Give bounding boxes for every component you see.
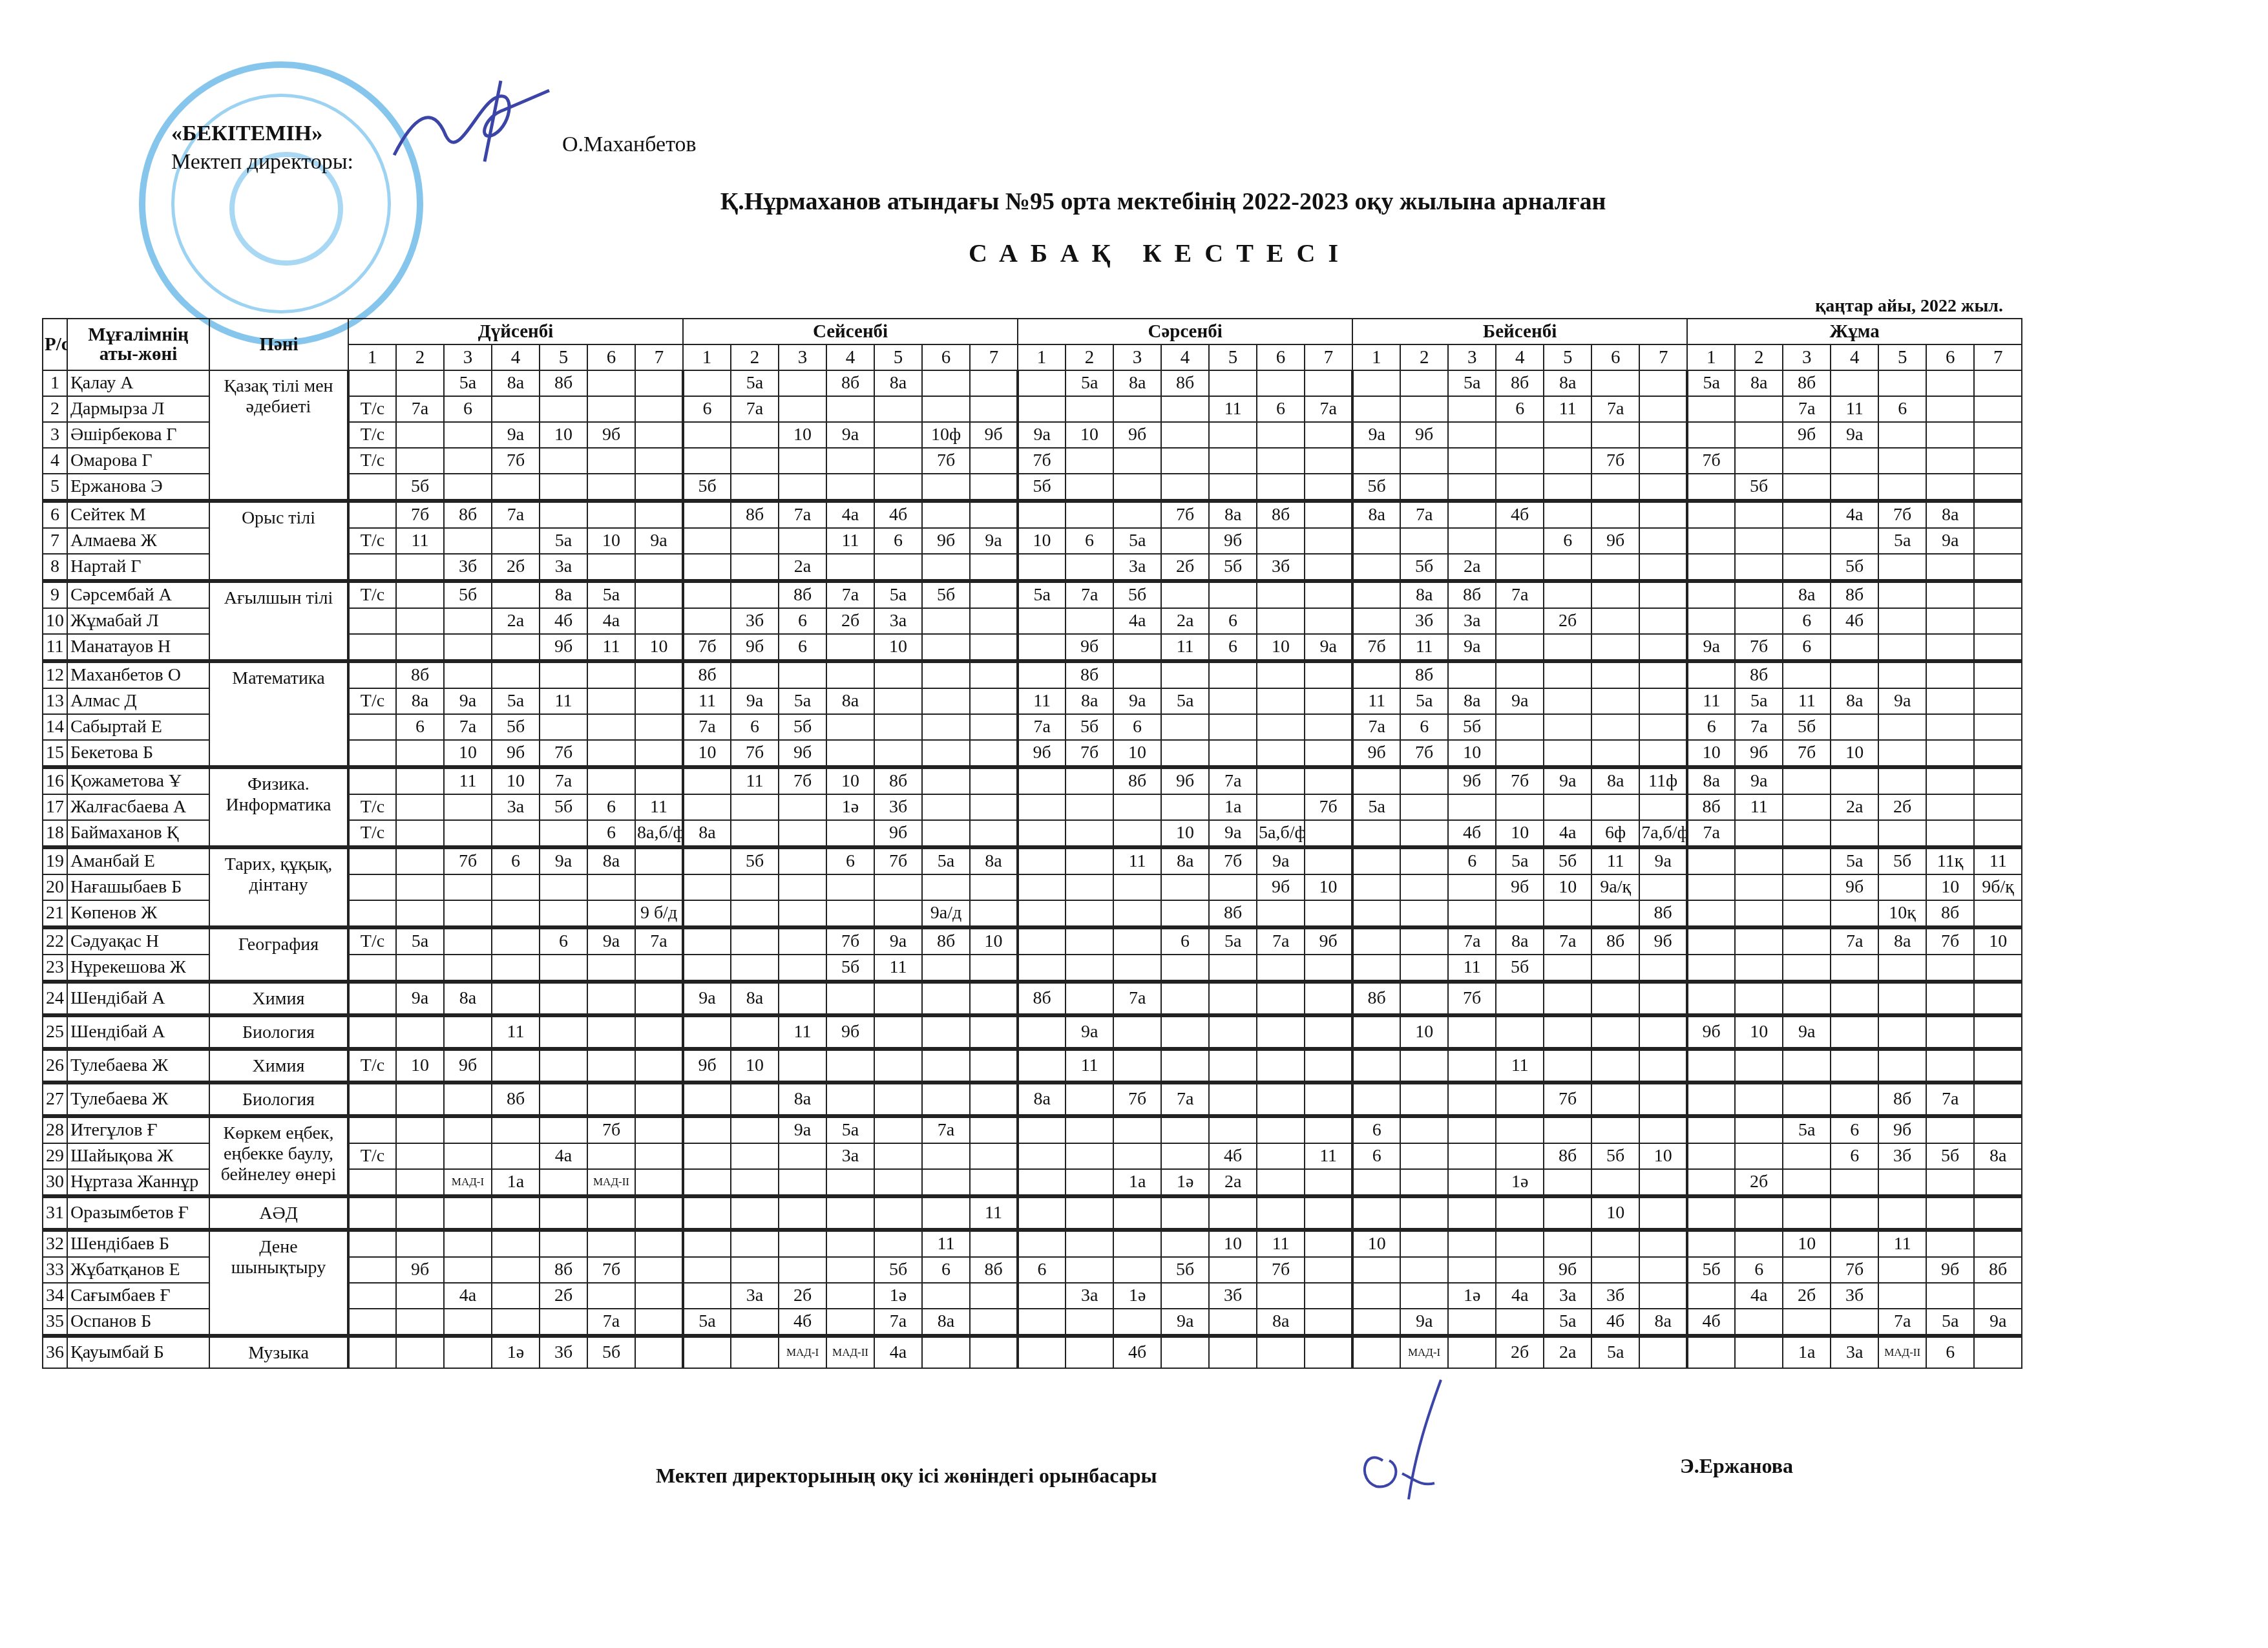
lesson-cell	[1591, 474, 1639, 501]
lesson-cell	[1018, 661, 1066, 688]
lesson-cell	[1831, 1309, 1878, 1336]
lesson-cell	[1544, 1196, 1591, 1230]
row-number: 27	[43, 1083, 67, 1116]
lesson-cell	[1496, 1143, 1544, 1169]
lesson-cell: 8б	[1687, 794, 1735, 820]
lesson-cell	[683, 528, 731, 554]
lesson-cell: 11	[1018, 688, 1066, 714]
lesson-cell	[1257, 1116, 1305, 1143]
lesson-cell: 7б	[1831, 1257, 1878, 1283]
lesson-cell	[874, 1143, 922, 1169]
lesson-cell	[779, 874, 826, 900]
subject-name: Музыка	[209, 1336, 348, 1368]
lesson-cell: 9б	[970, 422, 1018, 448]
lesson-cell: 11	[1257, 1230, 1305, 1257]
lesson-cell	[1018, 1309, 1066, 1336]
director-name: О.Маханбетов	[562, 132, 697, 157]
lesson-cell	[348, 1257, 396, 1283]
lesson-cell	[1878, 1015, 1926, 1049]
lesson-cell: 10	[1018, 528, 1066, 554]
lesson-cell: 4б	[779, 1309, 826, 1336]
lesson-cell: 8б	[779, 581, 826, 608]
lesson-cell: 10	[1831, 740, 1878, 767]
lesson-cell	[1257, 1015, 1305, 1049]
lesson-cell	[540, 661, 587, 688]
lesson-cell	[1639, 396, 1687, 422]
lesson-cell	[1783, 927, 1831, 955]
lesson-cell	[1209, 1196, 1257, 1230]
lesson-cell	[826, 1083, 874, 1116]
lesson-cell: 7а	[1831, 927, 1878, 955]
lesson-cell	[1496, 714, 1544, 740]
lesson-cell: 4а	[1831, 501, 1878, 528]
lesson-cell	[1161, 1143, 1209, 1169]
lesson-cell: 9б	[396, 1257, 444, 1283]
lesson-cell: 6	[1687, 714, 1735, 740]
lesson-cell: 10	[826, 767, 874, 794]
lesson-cell	[922, 1015, 970, 1049]
lesson-cell: 5а	[1448, 370, 1496, 396]
lesson-cell	[1878, 714, 1926, 740]
period-header: 2	[396, 344, 444, 370]
lesson-cell: 9б	[1113, 422, 1161, 448]
lesson-cell	[348, 554, 396, 581]
lesson-cell	[1209, 422, 1257, 448]
lesson-cell	[970, 1049, 1018, 1083]
lesson-cell: 8а	[1687, 767, 1735, 794]
lesson-cell	[1305, 1049, 1352, 1083]
teacher-name: Әшірбекова Г	[67, 422, 209, 448]
row-number: 11	[43, 634, 67, 661]
lesson-cell	[1544, 661, 1591, 688]
lesson-cell: 5б	[1448, 714, 1496, 740]
row-number: 10	[43, 608, 67, 634]
lesson-cell	[1735, 1143, 1783, 1169]
lesson-cell	[587, 688, 635, 714]
lesson-cell	[635, 474, 683, 501]
lesson-cell	[1544, 634, 1591, 661]
lesson-cell	[1113, 474, 1161, 501]
lesson-cell	[874, 422, 922, 448]
lesson-cell	[1257, 767, 1305, 794]
lesson-cell: 4а	[1544, 820, 1591, 847]
lesson-cell	[1066, 608, 1113, 634]
lesson-cell	[1783, 661, 1831, 688]
lesson-cell: 2б	[1544, 608, 1591, 634]
lesson-cell: 8а	[1448, 688, 1496, 714]
lesson-cell	[1544, 1230, 1591, 1257]
subject-name: Химия	[209, 982, 348, 1015]
lesson-cell	[874, 688, 922, 714]
lesson-cell: 10	[683, 740, 731, 767]
lesson-cell	[731, 1083, 779, 1116]
lesson-cell: 9б	[1257, 874, 1305, 900]
day-header: Сейсенбі	[683, 319, 1018, 344]
lesson-cell	[1352, 1283, 1400, 1309]
lesson-cell: 7б	[1783, 740, 1831, 767]
lesson-cell	[1257, 1283, 1305, 1309]
lesson-cell	[1209, 982, 1257, 1015]
lesson-cell: 9б	[1352, 740, 1400, 767]
teacher-name: Нұртаза Жаннұр	[67, 1169, 209, 1196]
lesson-cell	[1544, 794, 1591, 820]
teacher-row: 36Қауымбай БМузыка1ә3б5бМАД-IМАД-II4а4бМ…	[43, 1336, 2022, 1368]
lesson-cell	[396, 847, 444, 874]
lesson-cell: 2а	[1831, 794, 1878, 820]
lesson-cell	[396, 1309, 444, 1336]
lesson-cell: 11	[587, 634, 635, 661]
lesson-cell	[587, 767, 635, 794]
lesson-cell	[970, 1230, 1018, 1257]
lesson-cell: Т/с	[348, 396, 396, 422]
lesson-cell	[1831, 767, 1878, 794]
lesson-cell: 6	[1066, 528, 1113, 554]
document-title: Қ.Нұрмаханов атындағы №95 орта мектебіні…	[0, 187, 2268, 216]
lesson-cell	[970, 370, 1018, 396]
lesson-cell: Т/с	[348, 1143, 396, 1169]
lesson-cell	[1018, 1196, 1066, 1230]
lesson-cell: 10	[731, 1049, 779, 1083]
lesson-cell: 7а	[1257, 927, 1305, 955]
approval-role: Мектеп директоры:	[171, 148, 353, 176]
lesson-cell	[635, 1257, 683, 1283]
lesson-cell	[779, 1143, 826, 1169]
lesson-cell: 9а	[1926, 528, 1974, 554]
lesson-cell: 5а	[1783, 1116, 1831, 1143]
lesson-cell	[970, 714, 1018, 740]
lesson-cell: 5а	[1544, 1309, 1591, 1336]
lesson-cell	[1591, 740, 1639, 767]
lesson-cell: 8а	[1783, 581, 1831, 608]
lesson-cell	[348, 1015, 396, 1049]
lesson-cell	[1687, 1116, 1735, 1143]
lesson-cell	[396, 608, 444, 634]
lesson-cell	[492, 1230, 540, 1257]
lesson-cell	[1974, 714, 2022, 740]
lesson-cell: 9б	[587, 422, 635, 448]
lesson-cell	[1831, 474, 1878, 501]
lesson-cell: 11	[1831, 396, 1878, 422]
lesson-cell: 5б	[1161, 1257, 1209, 1283]
lesson-cell	[1161, 1196, 1209, 1230]
lesson-cell	[1926, 448, 1974, 474]
lesson-cell	[731, 1169, 779, 1196]
lesson-cell	[1496, 1196, 1544, 1230]
lesson-cell: 7б	[1400, 740, 1448, 767]
lesson-cell: 7а	[1305, 396, 1352, 422]
lesson-cell: 9б	[874, 820, 922, 847]
lesson-cell	[1926, 661, 1974, 688]
lesson-cell	[444, 448, 492, 474]
lesson-cell	[1066, 1083, 1113, 1116]
lesson-cell: 7б	[1305, 794, 1352, 820]
lesson-cell	[1352, 554, 1400, 581]
row-number: 2	[43, 396, 67, 422]
lesson-cell: 8а	[1878, 927, 1926, 955]
lesson-cell	[348, 501, 396, 528]
lesson-cell	[1257, 955, 1305, 982]
lesson-cell: 7а,б/ф	[1639, 820, 1687, 847]
lesson-cell	[396, 820, 444, 847]
lesson-cell	[635, 608, 683, 634]
lesson-cell: 6	[587, 794, 635, 820]
period-header: 5	[1544, 344, 1591, 370]
lesson-cell: 7б	[1544, 1083, 1591, 1116]
lesson-cell	[1878, 1169, 1926, 1196]
lesson-cell	[1257, 1169, 1305, 1196]
lesson-cell	[970, 1336, 1018, 1368]
lesson-cell	[1878, 1049, 1926, 1083]
lesson-cell: 11	[1687, 688, 1735, 714]
lesson-cell	[1209, 474, 1257, 501]
lesson-cell: 5а	[1735, 688, 1783, 714]
lesson-cell	[635, 661, 683, 688]
lesson-cell	[874, 1049, 922, 1083]
teacher-name: Қалау А	[67, 370, 209, 396]
lesson-cell	[348, 1336, 396, 1368]
lesson-cell	[1496, 1116, 1544, 1143]
lesson-cell	[779, 448, 826, 474]
lesson-cell: 5б	[1831, 554, 1878, 581]
lesson-cell: 8а	[1018, 1083, 1066, 1116]
lesson-cell	[635, 1083, 683, 1116]
lesson-cell	[779, 474, 826, 501]
teacher-name: Көпенов Ж	[67, 900, 209, 927]
lesson-cell	[922, 396, 970, 422]
lesson-cell	[1352, 1196, 1400, 1230]
lesson-cell	[1591, 370, 1639, 396]
lesson-cell: 5б	[1926, 1143, 1974, 1169]
lesson-cell: 4а	[444, 1283, 492, 1309]
lesson-cell	[1448, 422, 1496, 448]
lesson-cell	[492, 661, 540, 688]
lesson-cell: 9а	[1161, 1309, 1209, 1336]
lesson-cell	[1400, 1049, 1448, 1083]
lesson-cell	[635, 1309, 683, 1336]
lesson-cell	[1448, 1196, 1496, 1230]
lesson-cell	[587, 448, 635, 474]
lesson-cell	[1496, 740, 1544, 767]
lesson-cell	[635, 1015, 683, 1049]
lesson-cell: 6	[1400, 714, 1448, 740]
lesson-cell: 5а	[1878, 528, 1926, 554]
lesson-cell: 5а	[540, 528, 587, 554]
lesson-cell	[1448, 1309, 1496, 1336]
lesson-cell: 8а	[540, 581, 587, 608]
lesson-cell	[1113, 396, 1161, 422]
lesson-cell	[874, 874, 922, 900]
lesson-cell	[1018, 847, 1066, 874]
lesson-cell	[1400, 982, 1448, 1015]
lesson-cell	[731, 820, 779, 847]
lesson-cell	[1305, 554, 1352, 581]
lesson-cell	[779, 820, 826, 847]
lesson-cell: 1ә	[1496, 1169, 1544, 1196]
lesson-cell	[1066, 554, 1113, 581]
lesson-cell	[1257, 1143, 1305, 1169]
lesson-cell	[1591, 900, 1639, 927]
lesson-cell	[348, 1309, 396, 1336]
lesson-cell	[1257, 661, 1305, 688]
lesson-cell	[1831, 714, 1878, 740]
lesson-cell: МАД-II	[587, 1169, 635, 1196]
lesson-cell	[1161, 900, 1209, 927]
lesson-cell: 6	[1209, 634, 1257, 661]
lesson-cell	[1066, 767, 1113, 794]
teacher-name: Бекетова Б	[67, 740, 209, 767]
lesson-cell	[396, 1116, 444, 1143]
lesson-cell: 10	[779, 422, 826, 448]
lesson-cell: 11	[1209, 396, 1257, 422]
lesson-cell	[1113, 794, 1161, 820]
lesson-cell: 8б	[396, 661, 444, 688]
lesson-cell: 6	[1257, 396, 1305, 422]
lesson-cell	[1352, 396, 1400, 422]
lesson-cell	[1974, 396, 2022, 422]
lesson-cell: 10	[1735, 1015, 1783, 1049]
lesson-cell	[1639, 1083, 1687, 1116]
lesson-cell	[635, 554, 683, 581]
lesson-cell	[1591, 581, 1639, 608]
lesson-cell: 8б	[1735, 661, 1783, 688]
lesson-cell	[444, 528, 492, 554]
lesson-cell: 7а	[1018, 714, 1066, 740]
lesson-cell: 8а	[1926, 501, 1974, 528]
lesson-cell: 9б	[731, 634, 779, 661]
lesson-cell: 7б	[492, 448, 540, 474]
teacher-name: Нағашыбаев Б	[67, 874, 209, 900]
lesson-cell: 10	[1926, 874, 1974, 900]
lesson-cell: Т/с	[348, 581, 396, 608]
lesson-cell	[1687, 927, 1735, 955]
teacher-row: 24Шендібай АХимия9а8а9а8а8б7а8б7б	[43, 982, 2022, 1015]
lesson-cell	[874, 982, 922, 1015]
lesson-cell	[1639, 1169, 1687, 1196]
lesson-cell	[970, 794, 1018, 820]
lesson-cell	[1687, 1196, 1735, 1230]
lesson-cell	[348, 874, 396, 900]
lesson-cell	[1974, 1015, 2022, 1049]
lesson-cell	[1831, 820, 1878, 847]
director-signature	[388, 78, 556, 168]
lesson-cell	[1735, 581, 1783, 608]
lesson-cell	[1352, 847, 1400, 874]
lesson-cell	[1687, 501, 1735, 528]
lesson-cell	[1400, 900, 1448, 927]
row-number: 16	[43, 767, 67, 794]
teacher-row: 12Маханбетов ОМатематика8б8б8б8б8б	[43, 661, 2022, 688]
lesson-cell	[1305, 1015, 1352, 1049]
row-number: 14	[43, 714, 67, 740]
lesson-cell	[731, 1230, 779, 1257]
lesson-cell	[731, 474, 779, 501]
lesson-cell	[444, 608, 492, 634]
lesson-cell	[1113, 501, 1161, 528]
lesson-cell: 8б	[1926, 900, 1974, 927]
lesson-cell: 8а	[587, 847, 635, 874]
lesson-cell	[1926, 714, 1974, 740]
lesson-cell	[874, 1015, 922, 1049]
lesson-cell	[922, 608, 970, 634]
lesson-cell	[1687, 1169, 1735, 1196]
lesson-cell: 7а	[1735, 714, 1783, 740]
lesson-cell	[1591, 422, 1639, 448]
lesson-cell	[1018, 554, 1066, 581]
lesson-cell	[1113, 1230, 1161, 1257]
lesson-cell	[1161, 581, 1209, 608]
lesson-cell: 9б	[1161, 767, 1209, 794]
lesson-cell	[874, 1169, 922, 1196]
lesson-cell	[1305, 955, 1352, 982]
lesson-cell	[1448, 1116, 1496, 1143]
lesson-cell: 6	[1352, 1116, 1400, 1143]
lesson-cell	[1639, 474, 1687, 501]
period-header: 3	[1113, 344, 1161, 370]
lesson-cell	[826, 1283, 874, 1309]
lesson-cell	[1305, 1336, 1352, 1368]
lesson-cell: 4а	[826, 501, 874, 528]
lesson-cell	[348, 634, 396, 661]
lesson-cell: 7б	[396, 501, 444, 528]
lesson-cell: 7а	[396, 396, 444, 422]
row-number: 34	[43, 1283, 67, 1309]
lesson-cell: 5а,б/ф	[1257, 820, 1305, 847]
lesson-cell	[1209, 1049, 1257, 1083]
lesson-cell: 8а	[1209, 501, 1257, 528]
lesson-cell: 9б	[1783, 422, 1831, 448]
lesson-cell	[826, 874, 874, 900]
lesson-cell: 8а	[1113, 370, 1161, 396]
lesson-cell	[1783, 955, 1831, 982]
lesson-cell: 8а	[731, 982, 779, 1015]
lesson-cell	[396, 1143, 444, 1169]
lesson-cell: 2б	[779, 1283, 826, 1309]
lesson-cell	[444, 900, 492, 927]
lesson-cell	[1687, 396, 1735, 422]
lesson-cell	[1496, 1015, 1544, 1049]
lesson-cell	[874, 661, 922, 688]
lesson-cell	[1639, 1015, 1687, 1049]
lesson-cell	[540, 1049, 587, 1083]
lesson-cell	[1496, 982, 1544, 1015]
lesson-cell	[635, 982, 683, 1015]
lesson-cell	[683, 1230, 731, 1257]
lesson-cell: 5б	[1352, 474, 1400, 501]
row-number: 22	[43, 927, 67, 955]
lesson-cell	[635, 396, 683, 422]
lesson-cell	[1305, 820, 1352, 847]
lesson-cell: Т/с	[348, 528, 396, 554]
lesson-cell: 5б	[731, 847, 779, 874]
lesson-cell: 3б	[874, 794, 922, 820]
lesson-cell	[635, 581, 683, 608]
lesson-cell: 5б	[1113, 581, 1161, 608]
lesson-cell	[1496, 1230, 1544, 1257]
lesson-cell	[1783, 982, 1831, 1015]
lesson-cell: 3а	[731, 1283, 779, 1309]
lesson-cell: 5б	[1735, 474, 1783, 501]
lesson-cell: 3б	[1878, 1143, 1926, 1169]
lesson-cell	[1974, 688, 2022, 714]
lesson-cell	[970, 474, 1018, 501]
lesson-cell: 8б	[1209, 900, 1257, 927]
period-header: 5	[874, 344, 922, 370]
teacher-name: Сағымбаев Ғ	[67, 1283, 209, 1309]
lesson-cell	[1161, 422, 1209, 448]
lesson-cell	[1113, 874, 1161, 900]
lesson-cell: 5б	[779, 714, 826, 740]
lesson-cell	[1496, 448, 1544, 474]
